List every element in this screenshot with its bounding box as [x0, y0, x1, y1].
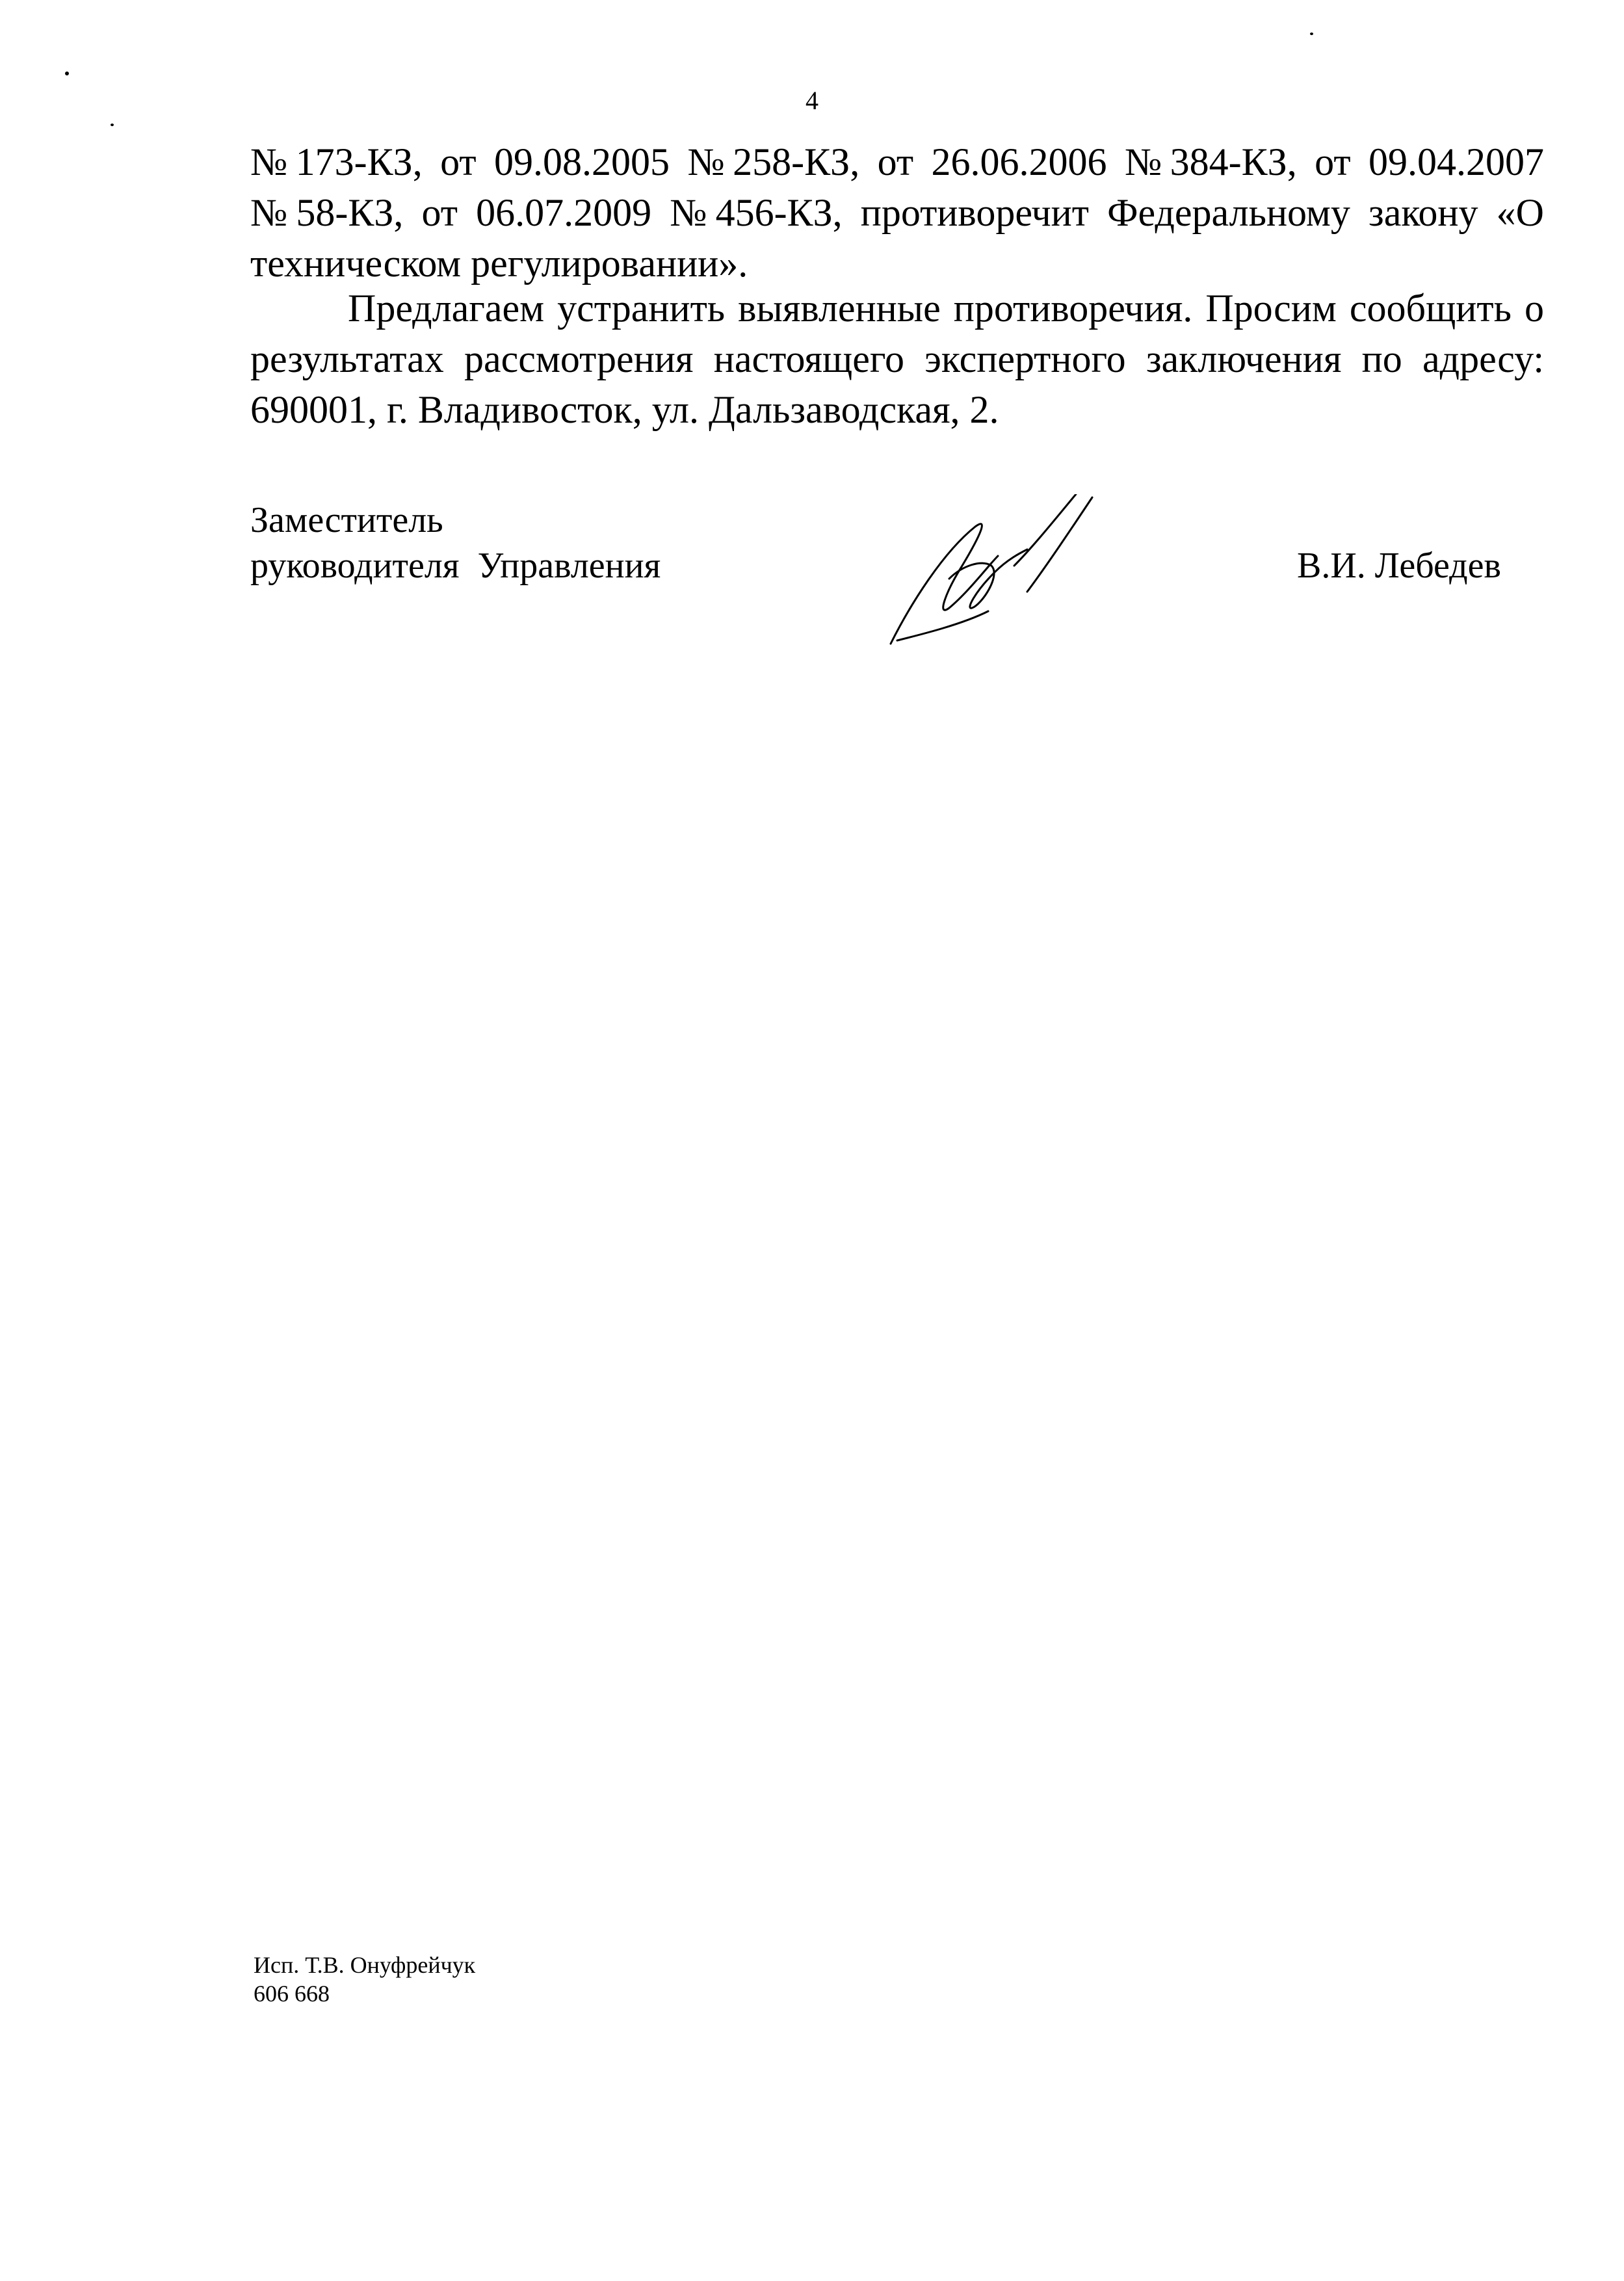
paragraph-request: Предлагаем устранить выявленные противор…	[250, 283, 1544, 435]
signatory-name: В.И. Лебедев	[1297, 543, 1501, 588]
text-line: техническом регулировании».	[250, 238, 1544, 289]
scan-speck	[111, 124, 114, 126]
text-line: результатах рассмотрения настоящего эксп…	[250, 334, 1544, 384]
signatory-title: Заместитель руководителя Управления	[250, 497, 661, 588]
page-number: 4	[0, 85, 1624, 117]
executor-phone: 606 668	[254, 1979, 475, 2008]
executor-info: Исп. Т.В. Онуфрейчук 606 668	[254, 1951, 475, 2008]
executor-name: Исп. Т.В. Онуфрейчук	[254, 1951, 475, 1979]
text-line: 690001, г. Владивосток, ул. Дальзаводска…	[250, 384, 1544, 435]
signatory-title-line: Заместитель	[250, 497, 661, 543]
text-line: №173-КЗ, от 09.08.2005 №258-КЗ, от 26.06…	[250, 137, 1544, 187]
paragraph-legal-references: №173-КЗ, от 09.08.2005 №258-КЗ, от 26.06…	[250, 137, 1544, 289]
handwritten-signature-icon	[884, 494, 1183, 650]
scan-speck	[65, 72, 69, 75]
scan-speck	[1310, 33, 1313, 35]
text-line: №58-КЗ, от 06.07.2009 №456-КЗ, противоре…	[250, 187, 1544, 238]
signatory-title-line: руководителя Управления	[250, 543, 661, 588]
text-line: Предлагаем устранить выявленные противор…	[250, 283, 1544, 334]
